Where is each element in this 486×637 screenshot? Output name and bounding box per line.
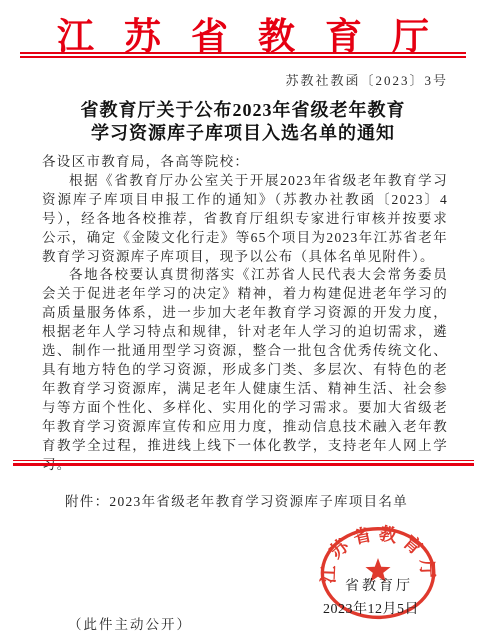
- document-title: 省教育厅关于公布2023年省级老年教育 学习资源库子库项目入选名单的通知: [0, 99, 486, 145]
- attachment-reference: 附件：2023年省级老年教育学习资源库子库项目名单: [65, 490, 408, 510]
- section-divider-double-rule: [13, 460, 474, 466]
- signature-date: 2023年12月5日: [308, 598, 434, 618]
- document-title-line2: 学习资源库子库项目入选名单的通知: [0, 122, 486, 145]
- document-title-line1: 省教育厅关于公布2023年省级老年教育: [0, 99, 486, 122]
- document-body: 各设区市教育局，各高等院校： 根据《省教育厅办公室关于开展2023年省级老年教育…: [42, 153, 448, 474]
- document-reference-number: 苏教社教函〔2023〕3号: [285, 70, 448, 89]
- body-paragraph-2: 各地各校要认真贯彻落实《江苏省人民代表大会常务委员会关于促进老年学习的决定》精神…: [42, 266, 448, 474]
- document-page: 江苏省教育厅 苏教社教函〔2023〕3号 省教育厅关于公布2023年省级老年教育…: [0, 0, 486, 637]
- salutation: 各设区市教育局，各高等院校：: [42, 153, 448, 172]
- signature-agency: 省教育厅: [318, 575, 440, 595]
- letterhead-double-rule: [20, 52, 466, 58]
- body-paragraph-1: 根据《省教育厅办公室关于开展2023年省级老年教育学习资源库子库项目申报工作的通…: [42, 172, 448, 267]
- publicity-note: （此件主动公开）: [68, 613, 192, 633]
